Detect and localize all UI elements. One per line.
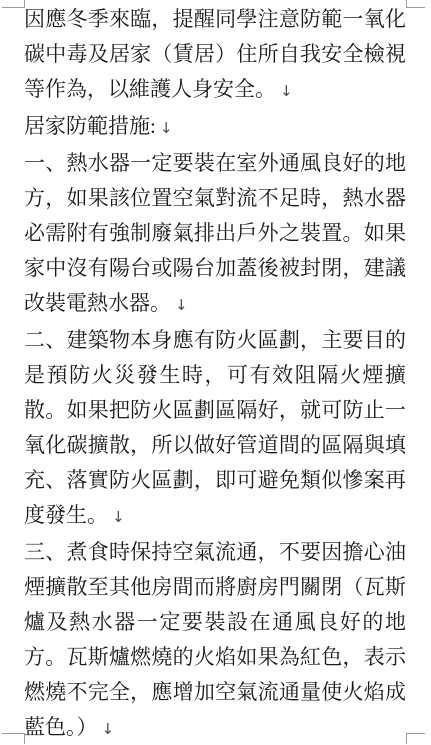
paragraph: 居家防範措施:↓ <box>24 109 406 146</box>
text-boundary-mark-top-left-horizontal <box>2 7 24 8</box>
text-boundary-mark-top-right-vertical <box>406 0 407 8</box>
paragraph-text: 因應冬季來臨，提醒同學注意防範一氧化碳中毒及居家（賃居）住所自我安全檢視等作為，… <box>24 7 406 101</box>
paragraph-mark-icon: ↓ <box>280 82 293 100</box>
paragraph-mark-icon: ↓ <box>175 296 188 314</box>
word-document-page: { "document": { "paragraphs": [ { "text"… <box>0 0 431 745</box>
paragraph-text: 一、熱水器一定要裝在室外通風良好的地方，如果該位置空氣對流不足時，熱水器必需附有… <box>24 151 406 315</box>
text-boundary-mark-bottom-right-horizontal <box>406 733 425 734</box>
text-boundary-mark-bottom-left-horizontal <box>2 733 24 734</box>
paragraph: 因應冬季來臨，提醒同學注意防範一氧化碳中毒及居家（賃居）住所自我安全檢視等作為，… <box>24 2 406 109</box>
paragraph-mark-icon: ↓ <box>160 119 173 137</box>
paragraph-mark-icon: ↓ <box>112 508 125 526</box>
document-text-area[interactable]: 因應冬季來臨，提醒同學注意防範一氧化碳中毒及居家（賃居）住所自我安全檢視等作為，… <box>24 2 406 745</box>
paragraph-text: 二、建築物本身應有防火區劃，主要目的是預防火災發生時，可有效阻隔火煙擴散。如果把… <box>24 328 406 527</box>
paragraph: 三、煮食時保持空氣流通，不要因擔心油煙擴散至其他房間而將廚房門關閉（瓦斯爐及熱水… <box>24 535 406 745</box>
paragraph: 二、建築物本身應有防火區劃，主要目的是預防火災發生時，可有效阻隔火煙擴散。如果把… <box>24 323 406 535</box>
paragraph: 一、熱水器一定要裝在室外通風良好的地方，如果該位置空氣對流不足時，熱水器必需附有… <box>24 146 406 323</box>
paragraph-text: 居家防範措施: <box>24 114 156 138</box>
paragraph-text: 三、煮食時保持空氣流通，不要因擔心油煙擴散至其他房間而將廚房門關閉（瓦斯爐及熱水… <box>24 540 406 739</box>
text-boundary-mark-top-right-horizontal <box>406 7 425 8</box>
paragraph-mark-icon: ↓ <box>102 720 115 738</box>
text-boundary-mark-bottom-right-vertical <box>406 733 407 744</box>
